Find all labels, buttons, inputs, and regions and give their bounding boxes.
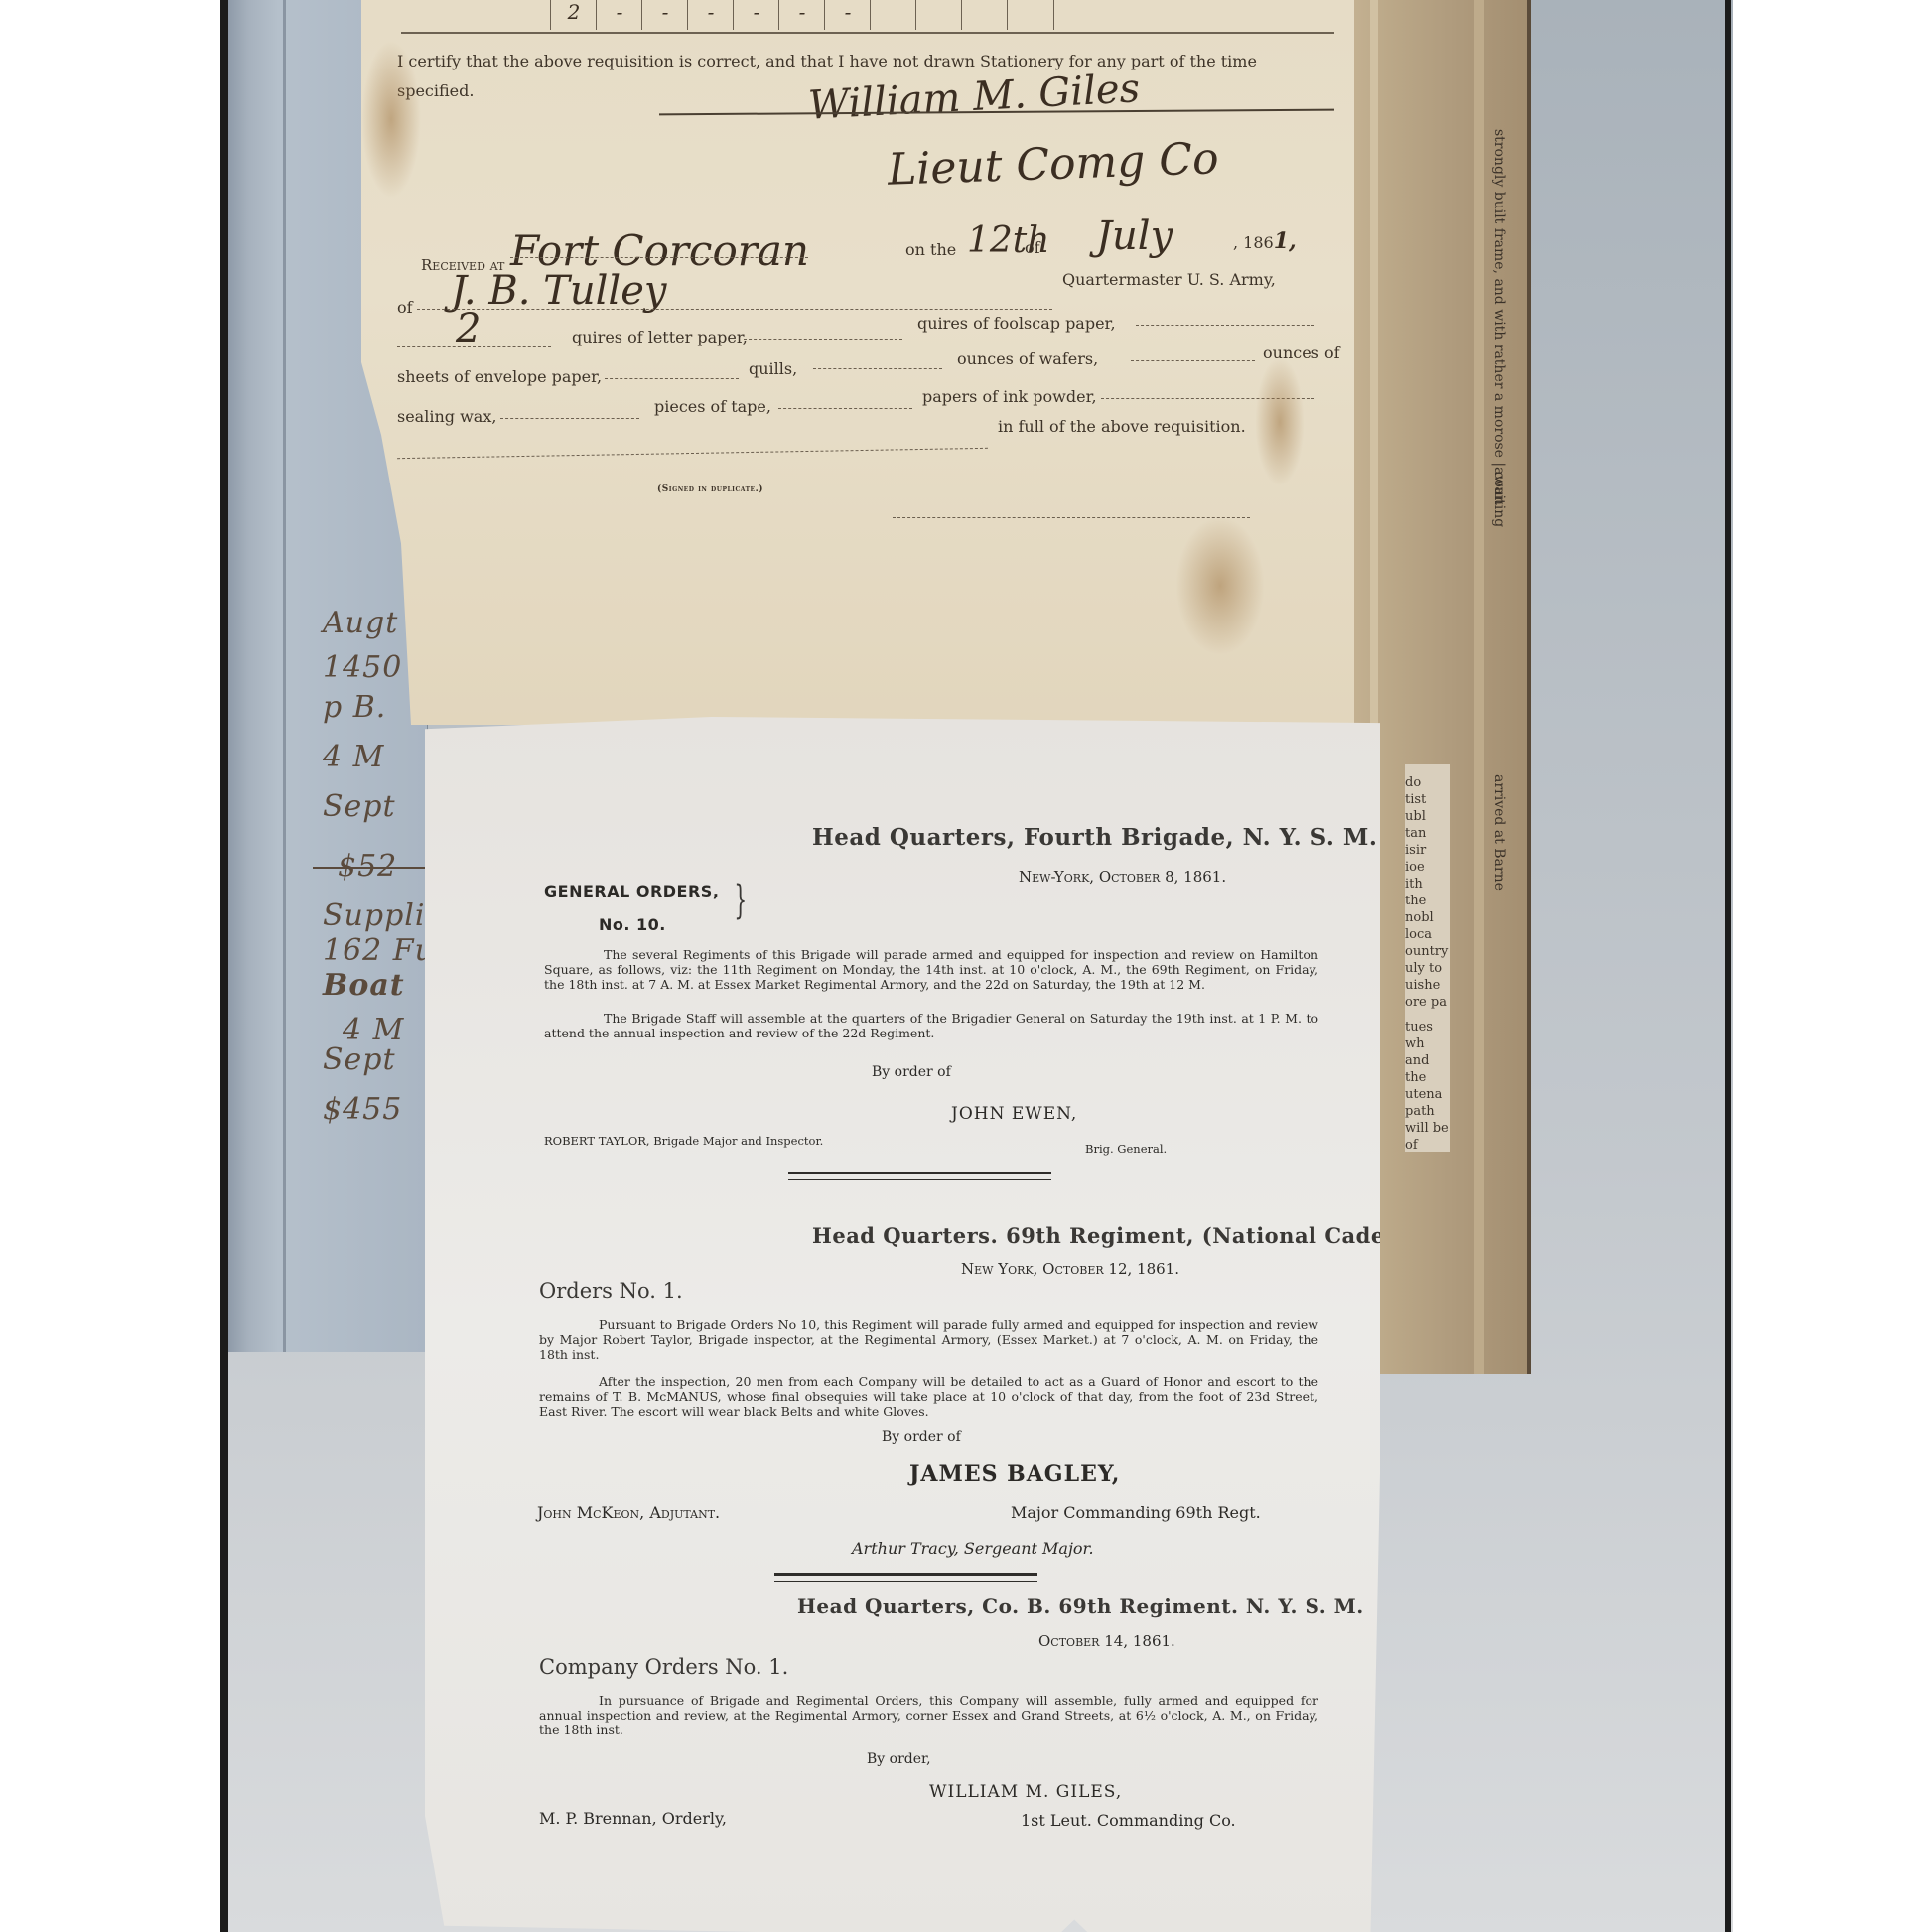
- scan-edge-left: [220, 0, 228, 1932]
- signed-in-duplicate-note: (Signed in duplicate.): [657, 484, 763, 494]
- clip-text: isir: [1405, 842, 1450, 859]
- ledger-handwriting: Sept: [323, 789, 396, 824]
- in-full-label: in full of the above requisition.: [998, 417, 1246, 436]
- clip-text: ioe: [1405, 859, 1450, 876]
- clip-text: of: [1405, 1137, 1450, 1152]
- by-order-label: By order,: [867, 1751, 931, 1767]
- clip-text: ith: [1405, 876, 1450, 893]
- quantity-cell: -: [733, 0, 779, 30]
- general-orders-paragraph: The several Regiments of this Brigade wi…: [544, 947, 1318, 992]
- section-divider: [788, 1179, 1051, 1180]
- by-order-label: By order of: [872, 1064, 951, 1080]
- handwritten-signature-title: Lieut Comg Co: [887, 133, 1219, 196]
- month-value: July: [1096, 213, 1173, 259]
- scan-edge-right: [1725, 0, 1731, 1932]
- year-suffix: 1,: [1274, 228, 1297, 254]
- quartermaster-label: Quartermaster U. S. Army,: [1062, 270, 1276, 289]
- blank-line: [778, 407, 912, 409]
- water-stain: [1175, 516, 1265, 655]
- blank-line: [744, 338, 902, 340]
- adjutant-signature: John McKeon, Adjutant.: [537, 1503, 720, 1522]
- blank-line: [1131, 359, 1255, 361]
- letter-paper-label: quires of letter paper,: [572, 328, 748, 346]
- clip-text: tist: [1405, 791, 1450, 808]
- general-orders-title: GENERAL ORDERS,: [544, 882, 719, 900]
- quantity-cell: 2: [550, 0, 597, 30]
- ledger-handwriting: 1450: [323, 650, 402, 685]
- clip-text: do: [1405, 774, 1450, 791]
- company-orders-paragraph: In pursuance of Brigade and Regimental O…: [539, 1693, 1318, 1737]
- clip-text: nobl: [1405, 909, 1450, 926]
- blank-line: [500, 417, 639, 419]
- regiment-dateline: New York, October 12, 1861.: [961, 1260, 1179, 1278]
- page-edge-strip: [1474, 0, 1484, 1374]
- stationery-requisition-form: 2 - - - - - - I certify that the above r…: [361, 0, 1354, 725]
- clip-text: ubl: [1405, 808, 1450, 825]
- newspaper-clipping: do tist ubl tan isir ioe ith the nobl lo…: [1405, 764, 1450, 1152]
- blank-line: [1136, 324, 1314, 326]
- general-orders-paragraph: The Brigade Staff will assemble at the q…: [544, 1011, 1318, 1040]
- section-divider: [774, 1573, 1037, 1576]
- ledger-handwriting: Boat: [323, 968, 405, 1003]
- commander-name: JOHN EWEN,: [951, 1104, 1077, 1124]
- by-order-label: By order of: [882, 1429, 961, 1445]
- clip-text: utena: [1405, 1086, 1450, 1103]
- quantity-cell: [1007, 0, 1054, 30]
- commander-name: JAMES BAGLEY,: [909, 1461, 1120, 1487]
- year-prefix: , 186: [1233, 233, 1274, 252]
- newsprint-vertical-text: arrived at Barne: [1491, 774, 1507, 891]
- clip-text: ore pa: [1405, 994, 1450, 1011]
- clip-text: ountry: [1405, 943, 1450, 960]
- quills-label: quills,: [749, 359, 797, 378]
- blank-line: [397, 345, 551, 347]
- newsprint-vertical-text: awaiting: [1491, 467, 1507, 527]
- regiment-orders-paragraph: Pursuant to Brigade Orders No 10, this R…: [539, 1317, 1318, 1362]
- brigade-dateline: New-York, October 8, 1861.: [1019, 868, 1226, 886]
- orderly-signature: M. P. Brennan, Orderly,: [539, 1809, 727, 1828]
- quantity-cell: -: [596, 0, 642, 30]
- regiment-orders-title: Orders No. 1.: [539, 1279, 683, 1303]
- quantity-cell: [870, 0, 916, 30]
- ledger-spine: [283, 0, 286, 1352]
- clip-text: path: [1405, 1103, 1450, 1120]
- sergeant-signature: Arthur Tracy, Sergeant Major.: [852, 1539, 1094, 1558]
- requisition-quantity-row: 2 - - - - - -: [401, 0, 1334, 34]
- water-stain: [361, 40, 421, 199]
- handwritten-signature: William M. Giles: [807, 66, 1141, 128]
- newsprint-vertical-text: strongly built frame, and with rather a …: [1491, 129, 1507, 505]
- blank-line: [417, 308, 1052, 310]
- ledger-handwriting: $455: [323, 1092, 402, 1127]
- commander-title: 1st Leut. Commanding Co.: [1021, 1811, 1236, 1830]
- envelope-label: sheets of envelope paper,: [397, 367, 602, 386]
- clip-text: uly to: [1405, 960, 1450, 977]
- water-stain: [1255, 357, 1305, 486]
- ledger-handwriting: 162 Fu: [323, 933, 435, 968]
- quantity-cell: -: [778, 0, 825, 30]
- blank-line: [397, 447, 988, 459]
- ledger-handwriting: Augt: [323, 606, 398, 640]
- section-divider: [788, 1172, 1051, 1174]
- brace-glyph: }: [734, 878, 747, 923]
- staff-signature: ROBERT TAYLOR, Brigade Major and Inspect…: [544, 1134, 823, 1148]
- on-the-label: on the: [905, 240, 956, 259]
- regiment-masthead: Head Quarters. 69th Regiment, (National …: [812, 1223, 1425, 1248]
- clip-text: and: [1405, 1052, 1450, 1069]
- section-divider: [774, 1581, 1037, 1582]
- blank-line: [813, 367, 942, 369]
- clip-text: will be: [1405, 1120, 1450, 1137]
- of-label: of: [1025, 238, 1040, 257]
- ledger-handwriting: Sept: [323, 1042, 396, 1077]
- ink-powder-label: papers of ink powder,: [922, 387, 1097, 406]
- wafers-label: ounces of wafers,: [957, 349, 1098, 368]
- clip-text: loca: [1405, 926, 1450, 943]
- company-orders-title: Company Orders No. 1.: [539, 1655, 788, 1679]
- clip-text: the: [1405, 1069, 1450, 1086]
- quantity-cell: [961, 0, 1008, 30]
- sealing-wax-label: sealing wax,: [397, 407, 496, 426]
- clip-text: tues: [1405, 1019, 1450, 1035]
- of-person-label: of: [397, 298, 413, 317]
- commander-name: WILLIAM M. GILES,: [929, 1782, 1122, 1802]
- commander-title: Brig. General.: [1085, 1142, 1167, 1156]
- ledger-rule: [313, 867, 432, 869]
- quantity-cell: -: [687, 0, 734, 30]
- clip-text: the: [1405, 893, 1450, 909]
- blank-line: [605, 377, 739, 379]
- regiment-orders-paragraph: After the inspection, 20 men from each C…: [539, 1374, 1318, 1419]
- clip-text: uishe: [1405, 977, 1450, 994]
- blank-line: [510, 256, 808, 258]
- company-masthead: Head Quarters, Co. B. 69th Regiment. N. …: [797, 1594, 1364, 1618]
- ledger-handwriting: p B.: [323, 690, 386, 725]
- clip-text: wh: [1405, 1035, 1450, 1052]
- quantity-cell: -: [641, 0, 688, 30]
- quantity-cell: -: [824, 0, 871, 30]
- general-orders-number: No. 10.: [599, 915, 666, 934]
- signature-blank-line: [893, 516, 1250, 518]
- commander-title: Major Commanding 69th Regt.: [1011, 1503, 1261, 1522]
- printed-orders-sheet: Head Quarters, Fourth Brigade, N. Y. S. …: [425, 717, 1380, 1932]
- year-label: , 1861,: [1233, 228, 1297, 254]
- tape-label: pieces of tape,: [654, 397, 771, 416]
- company-dateline: October 14, 1861.: [1038, 1632, 1175, 1650]
- clip-text: tan: [1405, 825, 1450, 842]
- quantity-cell: [915, 0, 962, 30]
- brigade-masthead: Head Quarters, Fourth Brigade, N. Y. S. …: [812, 824, 1377, 851]
- ledger-handwriting: 4 M: [323, 740, 384, 774]
- foolscap-label: quires of foolscap paper,: [917, 314, 1116, 333]
